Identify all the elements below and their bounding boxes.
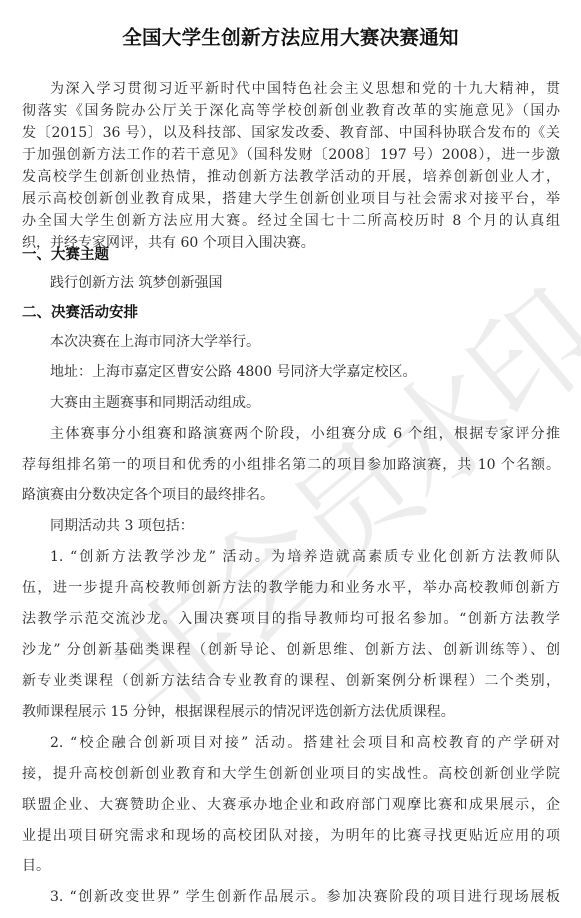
schedule-line: 教师课程展示 15 分钟，根据课程展示的情况评选创新方法优质课程。 bbox=[22, 701, 560, 721]
intro-line: 为深入学习贯彻习近平新时代中国特色社会主义思想和党的十九大精神，贯 bbox=[50, 78, 560, 98]
schedule-line: 同期活动共 3 项包括： bbox=[50, 515, 560, 535]
schedule-line: 接，提升高校创新创业教育和大学生创新创业项目的实战性。高校创新创业学院 bbox=[22, 763, 560, 783]
section-heading-schedule: 二、决赛活动安排 bbox=[22, 301, 138, 322]
schedule-line: 路演赛由分数决定各个项目的最终排名。 bbox=[22, 484, 560, 504]
intro-line: 发高校学生创新创业热情，推动创新方法教学活动的开展，培养创新创业人才， bbox=[22, 166, 560, 186]
section-heading-theme: 一、大赛主题 bbox=[22, 243, 109, 264]
schedule-line: 联盟企业、大赛赞助企业、大赛承办地企业和政府部门观摩比赛和成果展示，企 bbox=[22, 794, 560, 814]
schedule-line: 沙龙” 分创新基础类课程（创新导论、创新思维、创新方法、创新训练等）、创 bbox=[22, 639, 560, 659]
intro-line: 于加强创新方法工作的若干意见》（国科发财〔2008〕197 号）2008），进一… bbox=[22, 144, 560, 164]
theme-text: 践行创新方法 筑梦创新强国 bbox=[50, 272, 560, 292]
schedule-line: 1. “创新方法教学沙龙” 活动。为培养造就高素质专业化创新方法教师队 bbox=[50, 546, 560, 566]
intro-line: 办全国大学生创新方法应用大赛。经过全国七十二所高校历时 8 个月的认真组 bbox=[22, 210, 560, 230]
schedule-line: 大赛由主题赛事和同期活动组成。 bbox=[50, 392, 560, 412]
document-page: 非会员水印 全国大学生创新方法应用大赛决赛通知 为深入学习贯彻习近平新时代中国特… bbox=[0, 0, 581, 918]
intro-line: 发〔2015〕36 号），以及科技部、国家发改委、教育部、中国科协联合发布的《关 bbox=[22, 122, 560, 142]
schedule-line: 目。 bbox=[22, 855, 560, 875]
intro-line: 展示高校创新创业教育成果，搭建大学生创新创业项目与社会需求对接平台，举 bbox=[22, 188, 560, 208]
schedule-line: 法教学示范交流沙龙。入围决赛项目的指导教师均可报名参加。“创新方法教学 bbox=[22, 608, 560, 628]
schedule-line: 地址：上海市嘉定区曹安公路 4800 号同济大学嘉定校区。 bbox=[50, 361, 560, 381]
schedule-line: 3. “创新改变世界” 学生创新作品展示。参加决赛阶段的项目进行现场展板 bbox=[50, 886, 560, 906]
schedule-line: 伍，进一步提升高校教师创新方法的教学能力和业务水平，举办高校教师创新方 bbox=[22, 577, 560, 597]
schedule-line: 2. “校企融合创新项目对接” 活动。搭建社会项目和高校教育的产学研对 bbox=[50, 732, 560, 752]
schedule-line: 主体赛事分小组赛和路演赛两个阶段，小组赛分成 6 个组，根据专家评分推 bbox=[50, 423, 560, 443]
schedule-line: 本次决赛在上海市同济大学举行。 bbox=[50, 331, 560, 351]
schedule-line: 新专业类课程（创新方法结合专业教育的课程、创新案例分析课程）二个类别， bbox=[22, 670, 560, 690]
schedule-line: 荐每组排名第一的项目和优秀的小组排名第二的项目参加路演赛，共 10 个名额。 bbox=[22, 454, 560, 474]
intro-line: 彻落实《国务院办公厅关于深化高等学校创新创业教育改革的实施意见》（国办 bbox=[22, 100, 560, 120]
document-title: 全国大学生创新方法应用大赛决赛通知 bbox=[0, 22, 581, 50]
schedule-line: 业提出项目研究需求和现场的高校团队对接，为明年的比赛寻找更贴近应用的项 bbox=[22, 825, 560, 845]
